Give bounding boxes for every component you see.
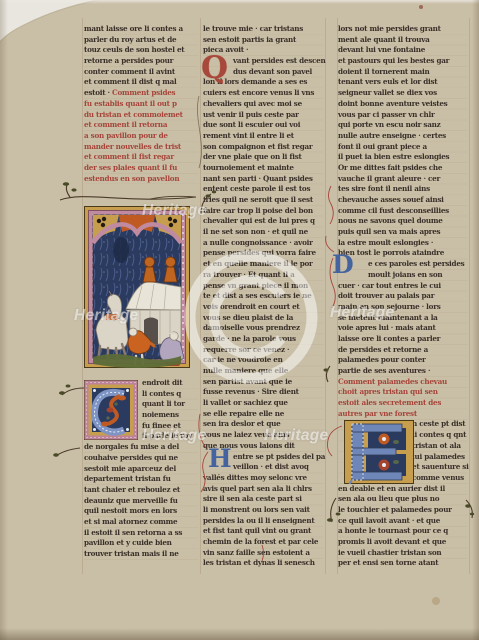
text-line: Comment palamedes chevau <box>338 377 467 388</box>
page-edge-left <box>0 0 8 640</box>
text-line: vallés dittes moy selonc vre <box>203 473 323 484</box>
text-line: bien tost le porrois ataindre <box>338 248 467 259</box>
text-line: cuer · car tout entres le cui <box>338 281 467 292</box>
painted-initial-E-block <box>344 420 414 484</box>
text-line: et comment il fist regar <box>84 152 198 163</box>
text-line: fusse revenus · Sire dient <box>203 387 323 398</box>
text-line: rement vint il entre li et <box>203 131 323 142</box>
page-edge-top <box>0 0 479 4</box>
leaf-sprig <box>331 498 336 522</box>
text-line: li monstrent ou lors sen vait <box>203 505 323 516</box>
text-line: doient il tornerent main <box>338 67 467 78</box>
text-line: de persides et retorne a <box>338 345 467 356</box>
text-line: moult joians en son <box>338 270 467 281</box>
text-line: parler du roy artus et de <box>84 35 198 46</box>
text-line: choit apres tristan qui sen <box>338 387 467 398</box>
painted-initial-C-block <box>84 380 138 440</box>
stain-spot <box>432 597 440 605</box>
text-line: doit trouver au palais par <box>338 291 467 302</box>
text-line: se elle repaire elle ne <box>203 409 323 420</box>
text-line: per et ensi sen torne atant <box>338 558 467 569</box>
text-line: e ces paroles est persides <box>338 259 467 270</box>
text-line: et en quelle maniere il le por <box>203 259 323 270</box>
text-line: tenant vers euls et lor dist <box>338 77 467 88</box>
page-edge-right <box>472 0 479 640</box>
text-line: estoit ales secretement des <box>338 398 467 409</box>
dark-canopy-shape <box>113 237 129 263</box>
text-line: te et dist a ses escuiers ie ne <box>203 291 323 302</box>
text-line: voie apres lui · mais atant <box>338 323 467 334</box>
text-line: mant laisse ore li contes a <box>84 24 198 35</box>
text-line: tes sire font il nenil ains <box>338 184 467 195</box>
watermark-text: Heritage <box>142 202 206 220</box>
text-line: persides la ou il li enseignent <box>203 516 323 527</box>
text-line: chevaliers qui avec moi se <box>203 99 323 110</box>
text-line: nous ne savons quel doume <box>338 216 467 227</box>
text-column-3: lors not mie persides grantment ale quan… <box>338 24 467 569</box>
text-line: puis quil sen va mais apres <box>338 227 467 238</box>
text-segment: estoit · <box>84 88 112 97</box>
text-line: comme cil fust desconseillies <box>338 206 467 217</box>
text-line: li vallet or sachiez que <box>203 398 323 409</box>
text-column-2: le trouve mie · car tristanssen estoit p… <box>203 24 323 569</box>
text-line: vauche il grant aleure · cer <box>338 174 467 185</box>
initial-Q: Q <box>201 50 228 86</box>
text-line: le trouve mie · car tristans <box>203 24 323 35</box>
text-line: mander nouvelles de trist <box>84 142 198 153</box>
text-line: avis quel part sen ala li chlrs <box>203 484 323 495</box>
watermark-text: Heritage <box>330 304 394 322</box>
leaf-sprig <box>56 448 80 456</box>
rubric-segment: Comment psides <box>112 88 175 97</box>
text-line: palamedes pour conter <box>338 355 467 366</box>
text-line: quil nestoit mors en lors <box>84 506 198 517</box>
initial-D: D <box>332 250 354 280</box>
text-line: conter comment il avint <box>84 67 198 78</box>
miniature-pavilion-scene <box>84 206 190 368</box>
text-line: a nulle congnoissance · avoir <box>203 238 323 249</box>
text-line: promis li avoit devant et que <box>338 537 467 548</box>
text-line: estendus en son pavellon <box>84 174 198 185</box>
text-line: due sont li escuier oui voi <box>203 120 323 131</box>
page-edge-bottom <box>0 628 479 640</box>
text-line: ment ale quant il trouva <box>338 35 467 46</box>
text-line: ce quil lavoit avant · et que <box>338 516 467 527</box>
text-line: doint bonne aventure veistes <box>338 99 467 110</box>
ruling-line <box>325 18 326 574</box>
text-line: partie de ses aventures · <box>338 366 467 377</box>
text-line: devant lui vne fontaine <box>338 45 467 56</box>
text-line: il puet ia bien estre eslongies <box>338 152 467 163</box>
text-line: a son pavillon pour de <box>84 131 198 142</box>
text-line: et si mal atornez comme <box>84 517 198 528</box>
text-line: et fist tant quil vint ou grant <box>203 526 323 537</box>
text-line: pense persides qui vorra faire <box>203 248 323 259</box>
text-line: vous se dieu plaist de la <box>203 313 323 324</box>
text-line: iries quil ne seroit que il sest <box>203 195 323 206</box>
text-line: sen partist avant que ie <box>203 377 323 388</box>
text-line: tant chaier et reboulez et <box>84 485 198 496</box>
text-line: pavillon et y cuide bien <box>84 538 198 549</box>
text-line: il ne set son non · et quil ne <box>203 227 323 238</box>
text-line: pense vn grant piece il mon <box>203 281 323 292</box>
text-line: faire car trop li poise del bon <box>203 206 323 217</box>
initial-H: H <box>208 444 232 474</box>
text-line: damoiselle vous prendrez <box>203 323 323 334</box>
text-line: nulle maniere que elle <box>203 366 323 377</box>
leaf-sprig <box>62 388 84 395</box>
text-line: entent ceste parole il est tos <box>203 184 323 195</box>
text-line: a honte le tournast pour ce q <box>338 526 467 537</box>
text-line: vous par ci passer vn chlr <box>338 110 467 121</box>
text-line: requerre sor ce venez · <box>203 345 323 356</box>
text-line: du tristan et commoiemet <box>84 110 198 121</box>
text-line: deauniz que merveille fu <box>84 496 198 507</box>
text-line: les tristan et dynas li senesch <box>203 558 323 569</box>
text-line: son compaignon et fist regar <box>203 142 323 153</box>
text-line: cuiers est encore venus li vns <box>203 88 323 99</box>
penwork-bar-above-miniature <box>60 197 196 200</box>
text-line: trouver tristan mais il ne <box>84 549 198 560</box>
text-line: et comment il dist q mal <box>84 77 198 88</box>
text-line: et pastours qui les bestes gar <box>338 56 467 67</box>
text-line: retorne a persides pour <box>84 56 198 67</box>
watermark-text: Heritage <box>264 427 328 445</box>
text-line: Or me dittes fait psides che <box>338 163 467 174</box>
text-line: chevalier qui est de lui pres q <box>203 216 323 227</box>
text-line: vois orendroit en court et <box>203 302 323 313</box>
text-line: sestoit mie aparceuz del <box>84 464 198 475</box>
text-line: chevauche asses souef ainsi <box>338 195 467 206</box>
text-line: en deable et en aurier dist il <box>338 484 467 495</box>
text-line: font il oui grant piece a <box>338 142 467 153</box>
text-line: garde · ne la parole vous <box>203 334 323 345</box>
text-line: departement tristan fu <box>84 474 198 485</box>
text-line: der ses plaies quant il fu <box>84 163 198 174</box>
text-line: nant sen parti · Quant psides <box>203 174 323 185</box>
text-line: le touchier et palamedes pour <box>338 505 467 516</box>
text-line: tournoiement et mainte <box>203 163 323 174</box>
text-line: fu establis quant il out p <box>84 99 198 110</box>
text-line: ust venir il puis ceste par <box>203 110 323 121</box>
text-line: estoit · Comment psides <box>84 88 198 99</box>
text-line: laisse ore li contes a parler <box>338 334 467 345</box>
leaf-sprig <box>326 366 330 382</box>
ruling-line <box>82 18 83 574</box>
text-line: car ie ne voudroie en <box>203 355 323 366</box>
text-line: et comment il retorna <box>84 120 198 131</box>
watermark-text: Heritage <box>142 427 206 445</box>
text-line: der vne plaie que on li fist <box>203 152 323 163</box>
text-line: chemin de la forest et par cele <box>203 537 323 548</box>
text-line: ra trouver · Et quant il a <box>203 270 323 281</box>
text-line: touz ceuls de son hostel et <box>84 45 198 56</box>
text-line: lors not mie persides grant <box>338 24 467 35</box>
text-line: qui porte vn escu noir sanz <box>338 120 467 131</box>
manuscript-page-photo: mant laisse ore li contes aparler du roy… <box>0 0 479 640</box>
ink-speck <box>419 5 423 9</box>
watermark-text: Heritage <box>74 307 138 325</box>
text-line: nulle autre enseigne · certes <box>338 131 467 142</box>
text-line: vin sanz faille sen estoient a <box>203 548 323 559</box>
ruling-line <box>200 18 201 574</box>
text-line: il estoit il sen retorna a ss <box>84 528 198 539</box>
text-column-1-upper: mant laisse ore li contes aparler du roy… <box>84 24 198 184</box>
text-line: ie vueil chastier tristan son <box>338 548 467 559</box>
text-line: sire il sen ala ceste part si <box>203 494 323 505</box>
text-line: sen ala ou lieu que plus no <box>338 494 467 505</box>
text-line: autres par vne forest <box>338 409 467 420</box>
ruling-line <box>469 18 470 574</box>
text-line: la estre moult eslongies · <box>338 238 467 249</box>
text-line: seigneur vallet se diex vos <box>338 88 467 99</box>
text-line: couhaive persides qui ne <box>84 453 198 464</box>
text-line: sen estoit partis ia grant <box>203 35 323 46</box>
